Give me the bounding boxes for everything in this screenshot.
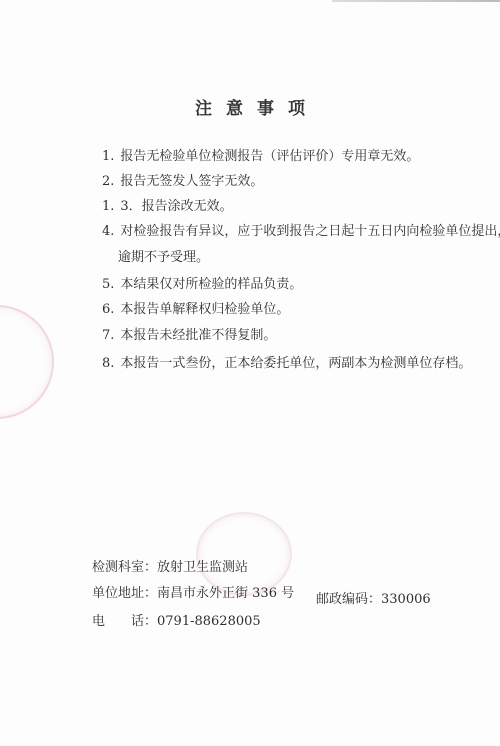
top-edge-line (332, 0, 500, 2)
item-number: 6. (102, 302, 114, 317)
notice-item-8: 8.本报告一式叁份，正本给委托单位，两副本为检测单位存档。 (102, 352, 471, 371)
item-number: 4. (102, 224, 114, 239)
footer-department: 检测科室：放射卫生监测站 (92, 556, 248, 575)
item-number: 2. (102, 174, 114, 189)
notice-item-2: 2.报告无签发人签字无效。 (102, 170, 263, 189)
item-text: 对检验报告有异议，应于收到报告之日起十五日内向检验单位提出， (120, 224, 500, 239)
notice-item-3: 1.3．报告涂改无效。 (102, 195, 233, 214)
address-value: 南昌市永外正街 336 号 (157, 586, 294, 601)
item-number: 1. (102, 149, 114, 164)
notice-item-5: 5.本结果仅对所检验的样品负责。 (102, 273, 302, 292)
notice-item-6: 6.本报告单解释权归检验单位。 (102, 298, 289, 317)
item-text: 报告无签发人签字无效。 (120, 174, 263, 189)
item-text: 本报告单解释权归检验单位。 (120, 302, 289, 317)
item-text: 本报告一式叁份，正本给委托单位，两副本为检测单位存档。 (120, 356, 471, 371)
footer-address: 单位地址：南昌市永外正街 336 号 (92, 582, 294, 601)
notice-item-4-continuation: 逾期不予受理。 (118, 246, 209, 265)
department-label: 检测科室： (92, 556, 157, 575)
item-text: 报告无检验单位检测报告（评估评价）专用章无效。 (120, 149, 419, 164)
notice-item-4: 4.对检验报告有异议，应于收到报告之日起十五日内向检验单位提出， (102, 220, 500, 239)
item-number: 5. (102, 277, 114, 292)
item-text: 3．报告涂改无效。 (120, 199, 232, 214)
item-number: 8. (102, 356, 114, 371)
postal-value: 330006 (381, 592, 431, 607)
phone-value: 0791-88628005 (157, 614, 261, 629)
address-label: 单位地址： (92, 582, 157, 601)
postal-label: 邮政编码： (316, 592, 381, 607)
seal-stamp-left (0, 305, 54, 419)
item-text: 本结果仅对所检验的样品负责。 (120, 277, 302, 292)
footer-phone: 电 话：0791-88628005 (92, 610, 261, 629)
item-text: 本报告未经批准不得复制。 (120, 328, 276, 343)
notice-item-7: 7.本报告未经批准不得复制。 (102, 324, 276, 343)
page-title: 注意事项 (0, 94, 500, 119)
item-number: 7. (102, 328, 114, 343)
department-value: 放射卫生监测站 (157, 560, 248, 575)
notice-item-1: 1.报告无检验单位检测报告（评估评价）专用章无效。 (102, 145, 419, 164)
phone-label: 电 话： (92, 610, 157, 629)
footer-postal-code: 邮政编码：330006 (316, 588, 431, 607)
item-number: 1. (102, 199, 114, 214)
